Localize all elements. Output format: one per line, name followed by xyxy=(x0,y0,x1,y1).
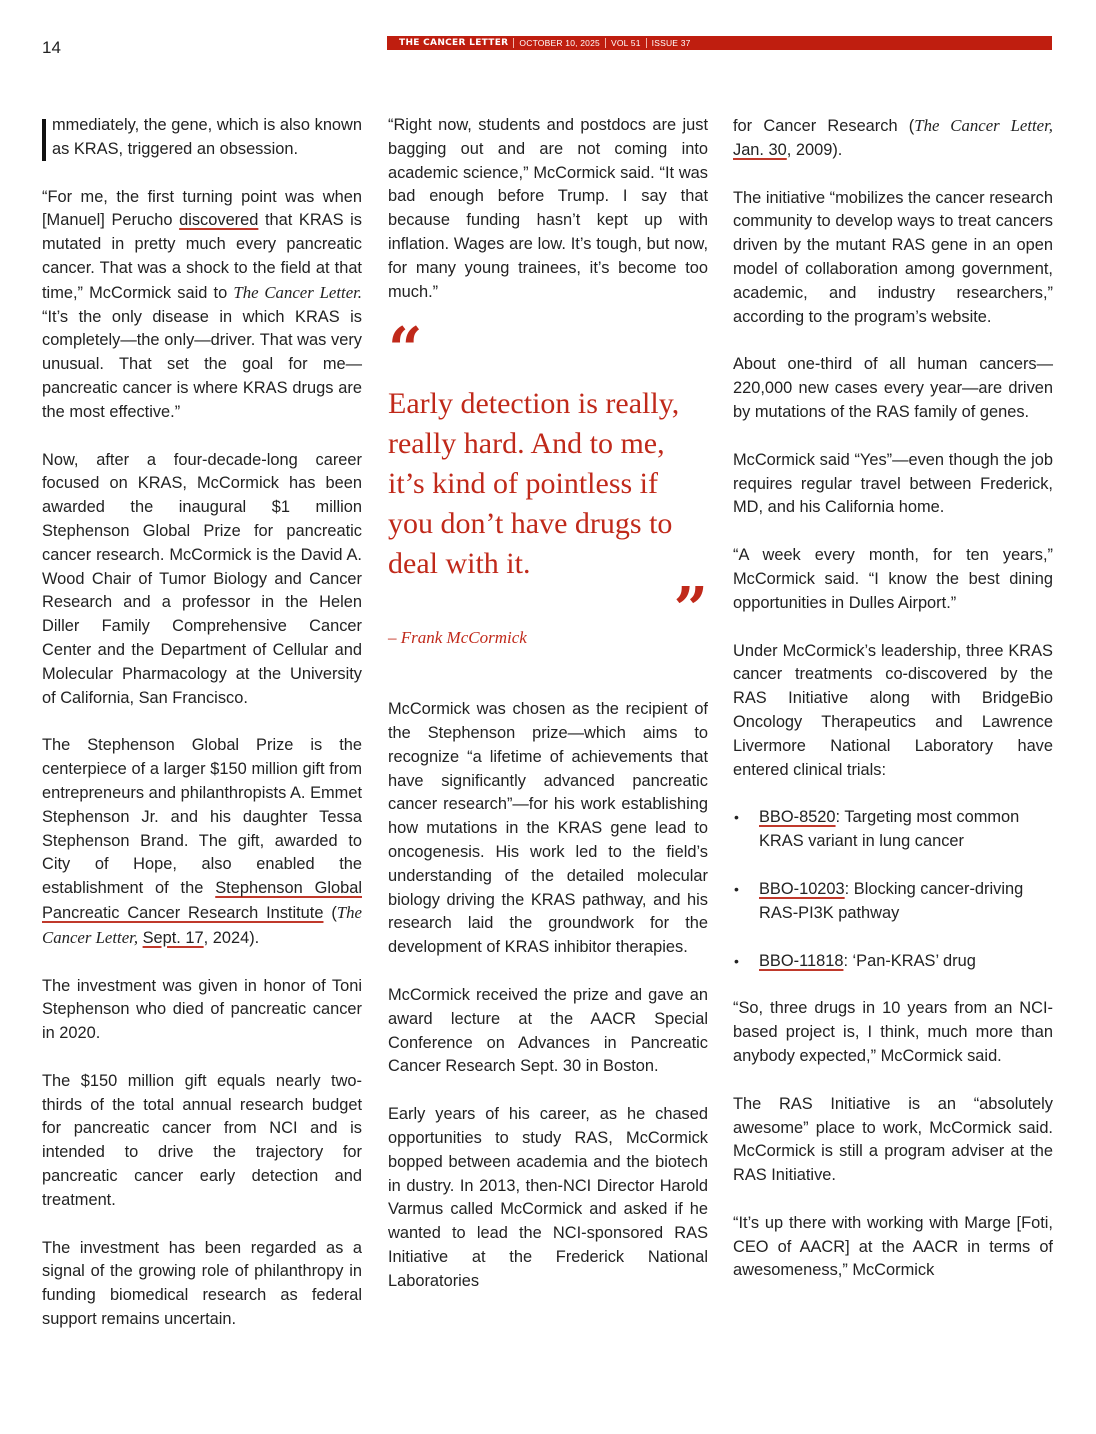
paragraph: McCormick was chosen as the recipient of… xyxy=(388,698,708,960)
paragraph: The RAS Initiative is an “absolutely awe… xyxy=(733,1093,1053,1188)
text: , 2024). xyxy=(204,929,260,947)
publication-name: The Cancer Letter. xyxy=(233,283,362,302)
paragraph: The $150 million gift equals nearly two-… xyxy=(42,1070,362,1213)
paragraph: for Cancer Research (The Cancer Letter, … xyxy=(733,114,1053,163)
paragraph: The investment has been regarded as a si… xyxy=(42,1237,362,1332)
page-number: 14 xyxy=(42,38,61,58)
paragraph: McCormick said “Yes”—even though the job… xyxy=(733,449,1053,520)
text: for Cancer Research ( xyxy=(733,117,914,135)
paragraph: Early years of his career, as he chased … xyxy=(388,1103,708,1293)
article-column-3: for Cancer Research (The Cancer Letter, … xyxy=(733,114,1053,1307)
text: The Stephenson Global Prize is the cente… xyxy=(42,736,362,897)
close-quote-icon: ” xyxy=(388,588,708,624)
link-sept-17[interactable]: Sept. 17 xyxy=(143,929,204,947)
link-bbo-11818[interactable]: BBO-11818 xyxy=(759,952,843,970)
issue-number: ISSUE 37 xyxy=(652,38,691,48)
article-column-1: mmediately, the gene, which is also know… xyxy=(42,114,362,1356)
drug-list: BBO-8520: Targeting most common KRAS var… xyxy=(733,806,1053,973)
article-column-2: “Right now, students and postdocs are ju… xyxy=(388,114,708,1318)
intro-text: mmediately, the gene, which is also know… xyxy=(52,116,362,158)
paragraph: “So, three drugs in 10 years from an NCI… xyxy=(733,997,1053,1068)
paragraph: The Stephenson Global Prize is the cente… xyxy=(42,734,362,950)
paragraph: The investment was given in honor of Ton… xyxy=(42,975,362,1046)
volume-number: VOL 51 xyxy=(611,38,641,48)
link-bbo-10203[interactable]: BBO-10203 xyxy=(759,880,845,898)
text: “It’s the only disease in which KRAS is … xyxy=(42,308,362,421)
paragraph: “Right now, students and postdocs are ju… xyxy=(388,114,708,304)
list-item: BBO-10203: Blocking cancer-driving RAS-P… xyxy=(759,878,1053,926)
paragraph: About one-third of all human cancers—220… xyxy=(733,353,1053,424)
issue-date: OCTOBER 10, 2025 xyxy=(519,38,600,48)
pull-quote-attribution: – Frank McCormick xyxy=(388,626,708,650)
text: : ‘Pan-KRAS’ drug xyxy=(843,952,975,970)
publication-logo[interactable]: THE CANCER LETTER xyxy=(399,38,508,48)
paragraph: Now, after a four-decade-long career foc… xyxy=(42,449,362,711)
link-bbo-8520[interactable]: BBO-8520 xyxy=(759,808,836,826)
open-quote-icon: “ xyxy=(388,328,708,368)
divider xyxy=(605,38,606,48)
paragraph: The initiative “mobilizes the cancer res… xyxy=(733,187,1053,330)
paragraph: “It’s up there with working with Marge [… xyxy=(733,1212,1053,1283)
paragraph: “A week every month, for ten years,” McC… xyxy=(733,544,1053,615)
text: ( xyxy=(323,904,336,922)
pull-quote-text: Early detection is really, really hard. … xyxy=(388,384,708,584)
paragraph: Under McCormick’s leadership, three KRAS… xyxy=(733,640,1053,783)
text: , 2009). xyxy=(787,141,843,159)
link-discovered[interactable]: discovered xyxy=(179,211,258,229)
list-item: BBO-11818: ‘Pan-KRAS’ drug xyxy=(759,950,1053,974)
divider xyxy=(513,38,514,48)
masthead-bar: THE CANCER LETTER OCTOBER 10, 2025 VOL 5… xyxy=(387,36,1052,50)
divider xyxy=(646,38,647,48)
paragraph-intro: mmediately, the gene, which is also know… xyxy=(42,114,362,162)
paragraph: McCormick received the prize and gave an… xyxy=(388,984,708,1079)
link-jan-30[interactable]: Jan. 30 xyxy=(733,141,787,159)
paragraph: “For me, the first turning point was whe… xyxy=(42,186,362,425)
pull-quote: “ Early detection is really, really hard… xyxy=(388,328,708,650)
list-item: BBO-8520: Targeting most common KRAS var… xyxy=(759,806,1053,854)
publication-name: The Cancer Letter, xyxy=(914,116,1053,135)
drop-cap-bar xyxy=(42,119,46,161)
